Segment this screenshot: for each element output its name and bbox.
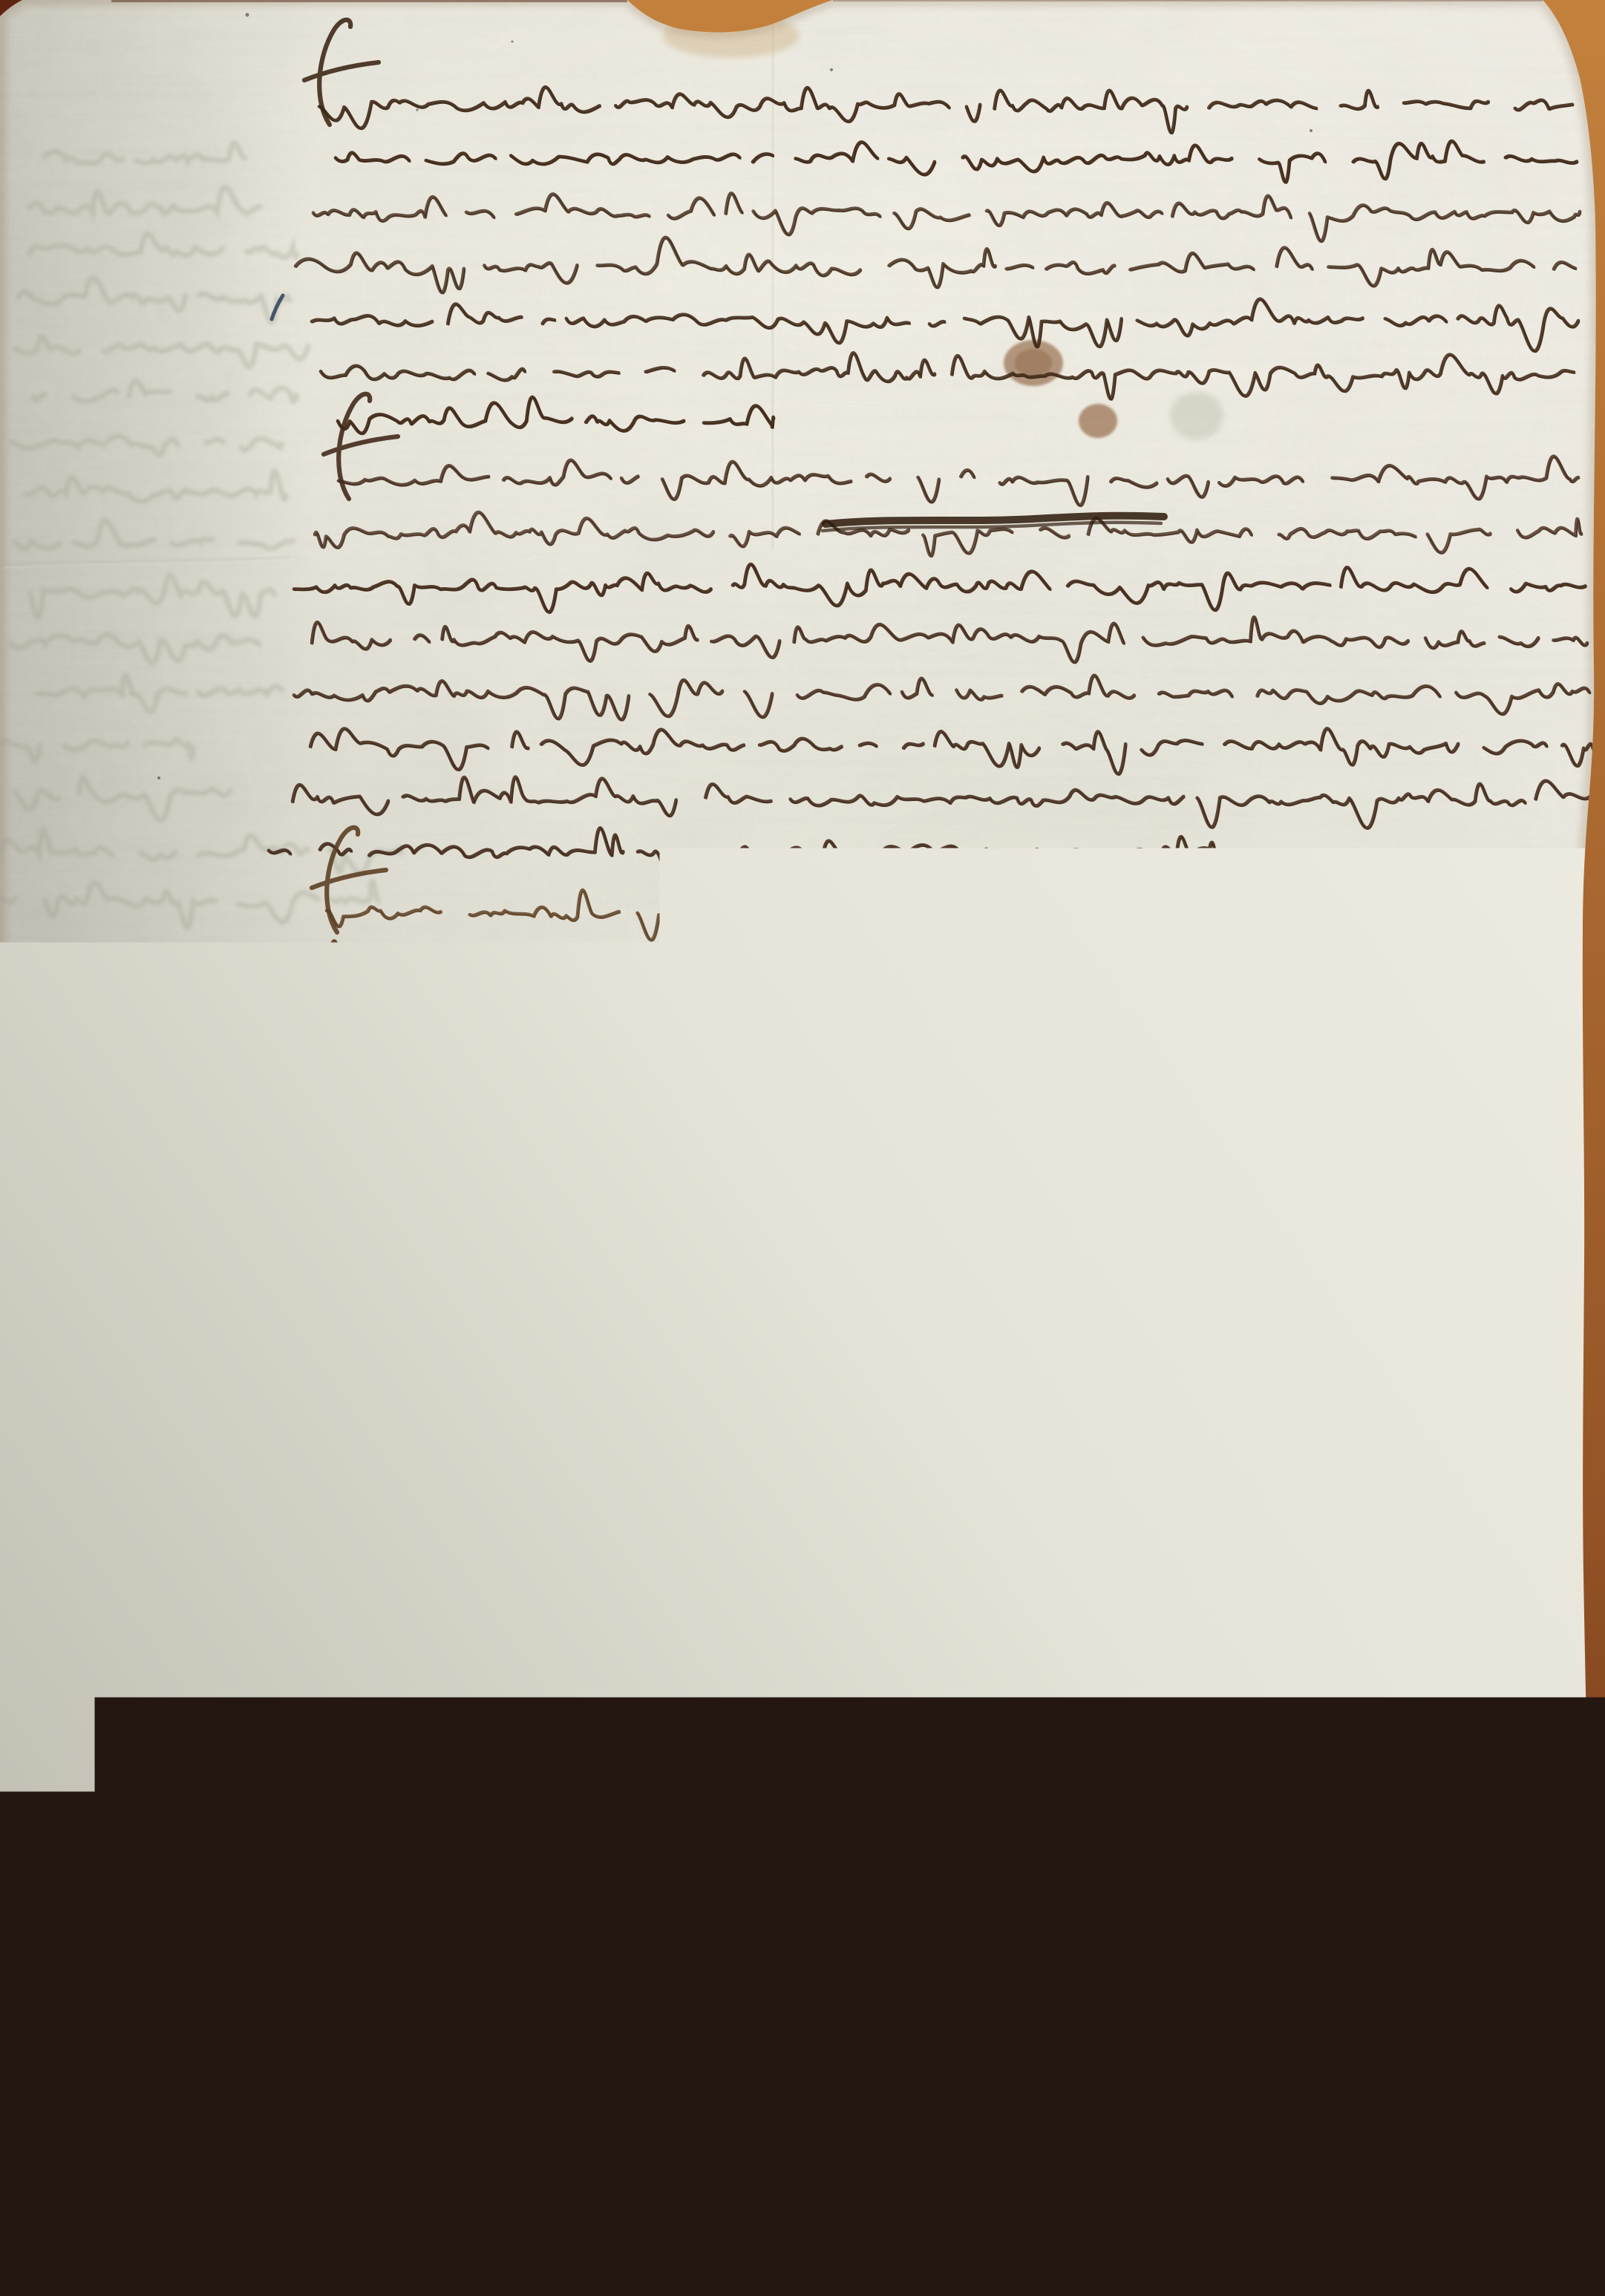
manuscript-photo <box>0 0 1605 2296</box>
paper-grain <box>0 0 1605 2296</box>
paper-surface <box>0 0 1605 2296</box>
manuscript-svg <box>0 0 1605 2296</box>
